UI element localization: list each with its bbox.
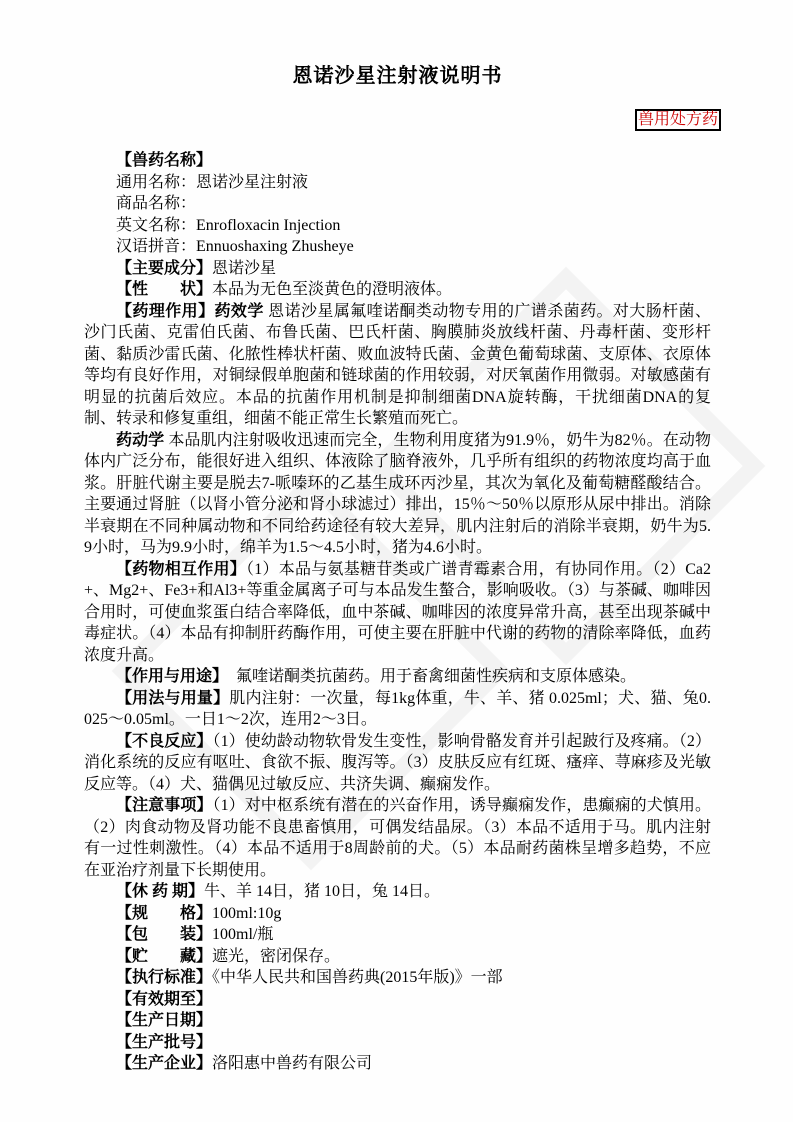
paragraph-text: 牛、羊 14日，猪 10日，兔 14日。: [204, 883, 440, 900]
paragraph: 【性 状】本品为无色至淡黄色的澄明液体。: [84, 279, 711, 301]
paragraph-text: 恩诺沙星属氟喹诺酮类动物专用的广谱杀菌药。对大肠杆菌、沙门氏菌、克雷伯氏菌、布鲁…: [84, 303, 711, 428]
paragraph-text: 洛阳惠中兽药有限公司: [212, 1055, 372, 1072]
paragraph-text: 通用名称：恩诺沙星注射液: [116, 174, 308, 191]
paragraph-text: 本品为无色至淡黄色的澄明液体。: [212, 281, 452, 298]
section-label: 【用法与用量】: [116, 690, 229, 707]
page-title: 恩诺沙星注射液说明书: [84, 64, 711, 88]
paragraph: 【兽药名称】: [84, 150, 711, 172]
subsection-label: 药动学: [116, 432, 168, 449]
paragraph-list: 【兽药名称】 通用名称：恩诺沙星注射液 商品名称： 英文名称：Enrofloxa…: [84, 150, 711, 1075]
paragraph: 【药理作用】药效学 恩诺沙星属氟喹诺酮类动物专用的广谱杀菌药。对大肠杆菌、沙门氏…: [84, 301, 711, 430]
section-label: 【不良反应】: [116, 733, 212, 750]
paragraph-text: 100ml:10g: [212, 905, 281, 922]
paragraph-text: 恩诺沙星: [212, 260, 276, 277]
document-page: 兽用处方药 恩诺沙星注射液说明书 【兽药名称】 通用名称：恩诺沙星注射液 商品名…: [0, 0, 793, 1122]
section-label: 【休 药 期】: [116, 883, 204, 900]
section-label: 【生产日期】: [116, 1012, 212, 1029]
section-label: 【生产批号】: [116, 1034, 212, 1051]
paragraph: 【有效期至】: [84, 989, 711, 1011]
paragraph: 【不良反应】（1）使幼龄动物软骨发生变性，影响骨骼发育并引起跛行及疼痛。（2）消…: [84, 731, 711, 796]
section-label: 【规 格】: [116, 905, 212, 922]
section-label: 【兽药名称】: [116, 152, 212, 169]
paragraph-text: 遮光，密闭保存。: [212, 948, 340, 965]
paragraph: 商品名称：: [84, 193, 711, 215]
paragraph: 【用法与用量】肌内注射：一次量，每1kg体重，牛、羊、猪 0.025ml；犬、猫…: [84, 688, 711, 731]
paragraph: 【注意事项】（1）对中枢系统有潜在的兴奋作用，诱导癫痫发作，患癫痫的犬慎用。（2…: [84, 795, 711, 881]
paragraph: 【贮 藏】遮光，密闭保存。: [84, 946, 711, 968]
paragraph: 【药物相互作用】（1）本品与氨基糖苷类或广谱青霉素合用，有协同作用。（2）Ca2…: [84, 559, 711, 667]
section-label: 【性 状】: [116, 281, 212, 298]
section-label: 【贮 藏】: [116, 948, 212, 965]
section-label: 【主要成分】: [116, 260, 212, 277]
paragraph: 【规 格】100ml:10g: [84, 903, 711, 925]
paragraph: 通用名称：恩诺沙星注射液: [84, 172, 711, 194]
paragraph: 汉语拼音：Ennuoshaxing Zhusheye: [84, 236, 711, 258]
paragraph: 【生产企业】洛阳惠中兽药有限公司: [84, 1053, 711, 1075]
paragraph: 【生产批号】: [84, 1032, 711, 1054]
paragraph-text: 氟喹诺酮类抗菌药。用于畜禽细菌性疾病和支原体感染。: [220, 668, 636, 685]
section-label: 【包 装】: [116, 926, 212, 943]
paragraph-text: 商品名称：: [116, 195, 196, 212]
section-label: 【药物相互作用】: [116, 561, 246, 578]
section-label: 【有效期至】: [116, 991, 212, 1008]
document-content: 恩诺沙星注射液说明书 【兽药名称】 通用名称：恩诺沙星注射液 商品名称： 英文名…: [0, 0, 793, 1075]
subsection-label: 药效学: [215, 303, 269, 320]
paragraph: 【主要成分】恩诺沙星: [84, 258, 711, 280]
section-label: 【注意事项】: [116, 797, 212, 814]
paragraph-text: 英文名称：Enrofloxacin Injection: [116, 217, 340, 234]
section-label: 【药理作用】: [116, 303, 215, 320]
paragraph-text: 100ml/瓶: [212, 926, 273, 943]
paragraph-text: 本品肌内注射吸收迅速而完全，生物利用度猪为91.9％，奶牛为82％。在动物体内广…: [84, 432, 711, 557]
paragraph: 英文名称：Enrofloxacin Injection: [84, 215, 711, 237]
section-label: 【作用与用途】: [116, 668, 220, 685]
paragraph: 【包 装】100ml/瓶: [84, 924, 711, 946]
paragraph: 【作用与用途】 氟喹诺酮类抗菌药。用于畜禽细菌性疾病和支原体感染。: [84, 666, 711, 688]
prescription-badge: 兽用处方药: [635, 109, 721, 131]
paragraph-text: 《中华人民共和国兽药典(2015年版)》一部: [212, 969, 503, 986]
section-label: 【执行标准】: [116, 969, 212, 986]
section-label: 【生产企业】: [116, 1055, 212, 1072]
paragraph-text: 汉语拼音：Ennuoshaxing Zhusheye: [116, 238, 354, 255]
paragraph: 药动学 本品肌内注射吸收迅速而完全，生物利用度猪为91.9％，奶牛为82％。在动…: [84, 430, 711, 559]
paragraph: 【休 药 期】牛、羊 14日，猪 10日，兔 14日。: [84, 881, 711, 903]
paragraph: 【执行标准】《中华人民共和国兽药典(2015年版)》一部: [84, 967, 711, 989]
paragraph: 【生产日期】: [84, 1010, 711, 1032]
